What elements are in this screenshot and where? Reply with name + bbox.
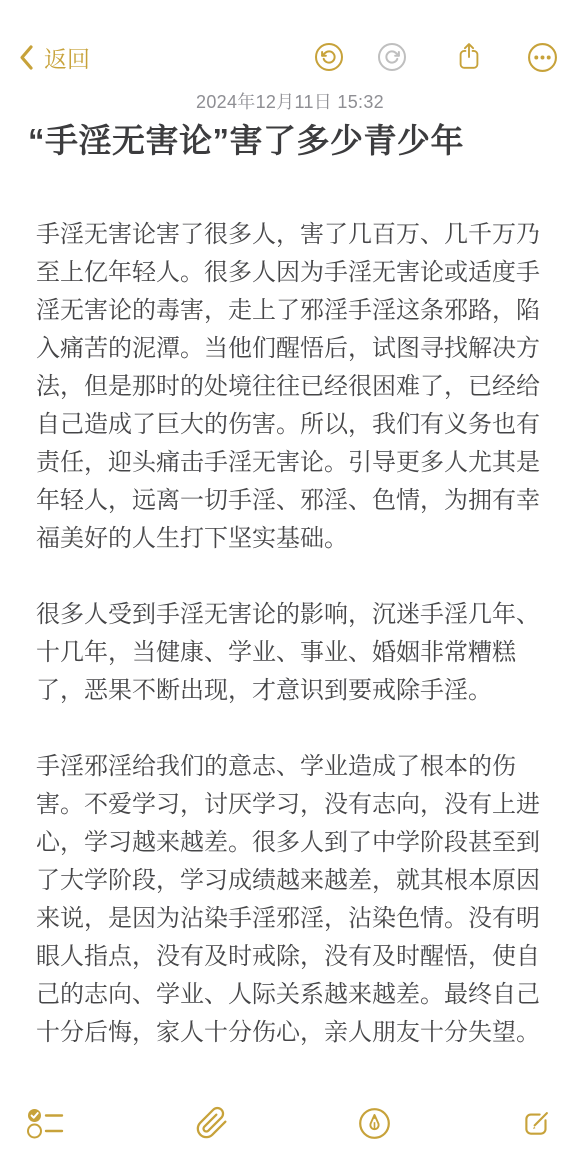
note-paragraph[interactable]: 很多人受到手淫无害论的影响，沉迷手淫几年、十几年，当健康、学业、事业、婚姻非常糟… [36, 596, 547, 710]
markup-pen-icon [358, 1107, 391, 1140]
compose-icon [520, 1106, 554, 1140]
note-body[interactable]: 手淫无害论害了很多人，害了几百万、几千万乃至上亿年轻人。很多人因为手淫无害论或适… [36, 216, 547, 1052]
share-button[interactable] [455, 41, 483, 74]
note-paragraph[interactable]: 手淫无害论害了很多人，害了几百万、几千万乃至上亿年轻人。很多人因为手淫无害论或适… [36, 216, 547, 558]
bottom-toolbar [0, 1098, 580, 1158]
note-paragraph[interactable]: 手淫邪淫给我们的意志、学业造成了根本的伤害。不爱学习，讨厌学习，没有志向，没有上… [36, 748, 547, 1052]
nav-icon-group [314, 41, 558, 74]
checklist-icon [26, 1106, 66, 1140]
back-button[interactable]: 返回 [18, 41, 90, 74]
markup-button[interactable] [358, 1107, 391, 1140]
redo-button[interactable] [377, 42, 407, 72]
checklist-button[interactable] [26, 1106, 66, 1140]
back-chevron-icon [18, 44, 34, 71]
compose-button[interactable] [520, 1106, 554, 1140]
notes-app-screen: 返回 [0, 0, 580, 1158]
note-title[interactable]: “手淫无害论”害了多少青少年 [28, 120, 554, 162]
share-icon [455, 41, 483, 74]
note-date: 2024年12月11日 15:32 [0, 88, 580, 114]
attachment-button[interactable] [195, 1106, 229, 1140]
paperclip-icon [195, 1106, 229, 1140]
more-options-button[interactable] [527, 42, 558, 73]
redo-icon [377, 42, 407, 72]
undo-icon [314, 42, 344, 72]
more-options-icon [527, 42, 558, 73]
nav-bar: 返回 [0, 36, 580, 78]
undo-button[interactable] [314, 42, 344, 72]
back-label: 返回 [44, 41, 90, 74]
